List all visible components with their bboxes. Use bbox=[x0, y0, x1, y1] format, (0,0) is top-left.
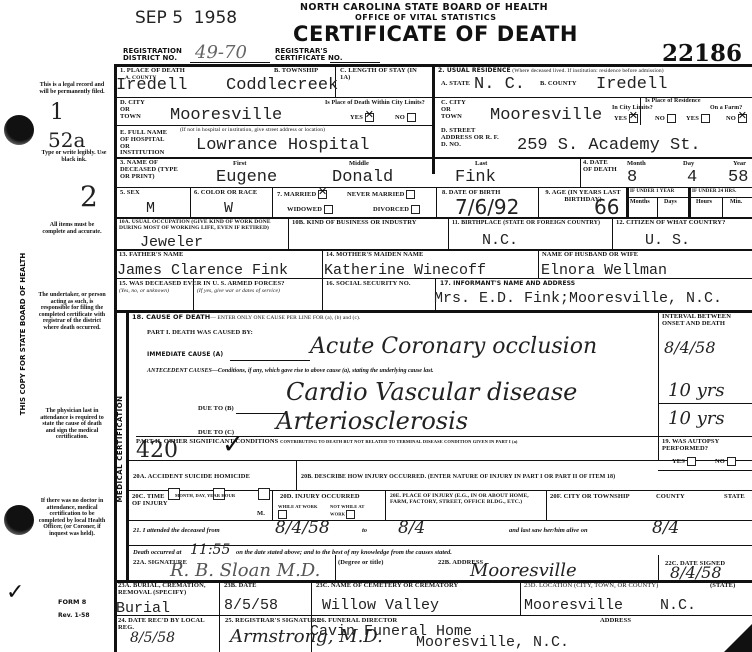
attended-to-value: 8/4 bbox=[398, 518, 425, 538]
mother-name-label: 14. MOTHER'S MAIDEN NAME bbox=[326, 252, 423, 259]
immediate-cause-value: Acute Coronary occlusion bbox=[310, 334, 597, 359]
place-of-residence-label: Is Place of Residence bbox=[645, 98, 701, 104]
death-month-label: Month bbox=[627, 160, 646, 167]
describe-injury-label: 20b. DESCRIBE HOW INJURY OCCURRED. (Ente… bbox=[301, 474, 615, 480]
death-month-value: 8 bbox=[627, 168, 637, 187]
death-township-label: b. TOWNSHIP bbox=[274, 68, 318, 75]
armed-forces-sub2: (If yes, give war or dates of service) bbox=[197, 289, 280, 295]
scan-corner-shadow bbox=[724, 624, 752, 652]
informant-value: Mrs. E.D. Fink;Mooresville, N.C. bbox=[434, 290, 722, 307]
no-label: NO bbox=[395, 114, 405, 121]
death-year-label: Year bbox=[733, 160, 746, 167]
physician-address-value: Mooresville bbox=[470, 560, 577, 581]
punch-hole-bottom bbox=[4, 505, 34, 535]
autopsy-yes-checkbox[interactable] bbox=[687, 457, 696, 466]
attended-from-value: 8/4/58 bbox=[275, 518, 330, 538]
interval-label: INTERVAL BETWEEN ONSET AND DEATH bbox=[662, 314, 750, 328]
place-of-injury-label: 20e. PLACE OF INJURY (e.g., in or about … bbox=[390, 494, 542, 506]
form-number: FORM 8 bbox=[58, 598, 86, 606]
interval-b-value: 10 yrs bbox=[668, 380, 725, 401]
hospital-value: Lowrance Hospital bbox=[196, 136, 369, 155]
attended-to-label: to bbox=[362, 527, 367, 534]
residence-city-label: c. CITY OR TOWN bbox=[441, 100, 471, 120]
part2-code-value: 420 bbox=[136, 438, 178, 463]
middle-name-label: Middle bbox=[349, 160, 369, 167]
while-at-work-label: WHILE AT WORK bbox=[278, 504, 318, 509]
sex-label: 5. SEX bbox=[120, 190, 140, 197]
res-limits-yes-checkbox[interactable] bbox=[629, 114, 638, 123]
time-of-injury-sub: MONTH, DAY, YEAR HOUR bbox=[175, 494, 235, 499]
part1-label: PART I. DEATH WAS CAUSED BY: bbox=[147, 330, 253, 337]
margin-handwriting-2: 52a bbox=[48, 128, 85, 152]
birthplace-value: N.C. bbox=[482, 232, 518, 249]
residence-state-value: N. C. bbox=[474, 75, 525, 94]
color-race-value: W bbox=[224, 200, 233, 217]
autopsy-no-checkbox[interactable] bbox=[727, 457, 736, 466]
physician-signature-value: R. B. Sloan M.D. bbox=[170, 560, 320, 581]
no-label: NO bbox=[715, 458, 725, 465]
margin-handwriting-1: 1 bbox=[50, 100, 64, 125]
citizen-value: U. S. bbox=[645, 232, 690, 249]
residence-county-value: Iredell bbox=[596, 75, 667, 94]
disposition-label: 23a. BURIAL, CREMATION, REMOVAL (Specify… bbox=[118, 583, 218, 597]
office-name: OFFICE OF VITAL STATISTICS bbox=[355, 13, 497, 22]
due-to-c-value: Arteriosclerosis bbox=[276, 407, 468, 435]
death-year-value: 58 bbox=[728, 168, 748, 187]
last-name-label: Last bbox=[475, 160, 487, 167]
homicide-checkbox[interactable] bbox=[258, 488, 270, 500]
death-county-value: Iredell bbox=[116, 76, 187, 95]
ssn-label: 16. SOCIAL SECURITY NO. bbox=[326, 281, 411, 288]
occupation-label: 10a. USUAL OCCUPATION (Give kind of work… bbox=[119, 220, 287, 232]
death-limits-yes-checkbox[interactable] bbox=[365, 113, 374, 122]
days-label: Days bbox=[664, 199, 677, 205]
hospital-note: (If not in hospital or institution, give… bbox=[180, 128, 325, 134]
legal-record-note: This is a legal record and will be perma… bbox=[38, 82, 106, 95]
street-address-label: d. STREET ADDRESS or R. F. D. NO. bbox=[441, 128, 501, 148]
mother-name-value: Katherine Winecoff bbox=[324, 262, 486, 279]
injury-county-label: COUNTY bbox=[656, 494, 685, 501]
form-revision: Rev. 1-58 bbox=[58, 612, 90, 619]
residence-city-value: Mooresville bbox=[490, 106, 602, 125]
immediate-cause-label: IMMEDIATE CAUSE (a) bbox=[147, 352, 223, 358]
death-limits-no: NO bbox=[395, 113, 416, 122]
location-value: Mooresville bbox=[524, 597, 623, 614]
dob-value: 7/6/92 bbox=[455, 195, 519, 219]
married-checkbox[interactable] bbox=[318, 190, 327, 199]
time-m-label: M. bbox=[257, 511, 265, 518]
death-limits-no-checkbox[interactable] bbox=[407, 113, 416, 122]
usual-residence-title: 2. USUAL RESIDENCE bbox=[438, 67, 511, 74]
farm-yes-checkbox[interactable] bbox=[701, 114, 710, 123]
location-state-label: (State) bbox=[710, 583, 735, 590]
date-received-value: 8/5/58 bbox=[130, 630, 175, 646]
death-day-value: 4 bbox=[687, 168, 697, 187]
street-address-value: 259 S. Academy St. bbox=[517, 136, 701, 155]
interval-a-value: 8/4/58 bbox=[664, 338, 716, 357]
time-of-injury-label: 20c. TIME OF INJURY bbox=[132, 494, 172, 508]
under-24-hrs-label: IF UNDER 24 HRS. bbox=[692, 189, 736, 194]
check-mark-icon: ✓ bbox=[6, 580, 24, 605]
widowed-checkbox[interactable] bbox=[324, 205, 333, 214]
under-1-year-label: IF UNDER 1 YEAR bbox=[630, 189, 674, 194]
armed-forces-label: 15. WAS DECEASED EVER IN U. S. ARMED FOR… bbox=[119, 281, 324, 288]
medical-certification-label: MEDICAL CERTIFICATION bbox=[116, 379, 124, 519]
autopsy-yes: YES bbox=[672, 457, 696, 466]
res-limits-yes: YES bbox=[614, 114, 638, 123]
farm-no: NO bbox=[726, 114, 747, 123]
yes-label: YES bbox=[672, 458, 685, 465]
location-label: 23d. LOCATION (City, town, or county) bbox=[524, 583, 658, 590]
vertical-copy-note: THIS COPY FOR STATE BOARD OF HEALTH bbox=[19, 249, 27, 419]
disposition-value: Burial bbox=[116, 600, 170, 617]
first-name-label: First bbox=[233, 160, 246, 167]
autopsy-no: NO bbox=[715, 457, 736, 466]
death-limits-yes: YES bbox=[350, 113, 374, 122]
date-of-death-label: 4. DATE OF DEATH bbox=[583, 160, 617, 174]
death-day-label: Day bbox=[683, 160, 694, 167]
yes-label: YES bbox=[614, 115, 627, 122]
res-limits-no: NO bbox=[655, 114, 676, 123]
married-label: 7. MARRIED bbox=[277, 191, 316, 198]
injury-occurred-label: 20d. INJURY OCCURRED bbox=[280, 494, 360, 501]
physician-note: The physician last in attendance is requ… bbox=[38, 408, 106, 441]
degree-label: (Degree or title) bbox=[338, 560, 384, 567]
spouse-name-label: NAME OF HUSBAND OR WIFE bbox=[542, 252, 638, 259]
interval-c-value: 10 yrs bbox=[668, 408, 725, 429]
due-to-b-value: Cardio Vascular disease bbox=[286, 378, 577, 406]
divorced-checkbox[interactable] bbox=[411, 205, 420, 214]
usual-residence-label: 2. USUAL RESIDENCE (Where deceased lived… bbox=[438, 68, 750, 75]
part2-label: PART II. OTHER SIGNIFICANT CONDITIONS CO… bbox=[136, 439, 518, 446]
location-state-value: N.C. bbox=[660, 597, 696, 614]
death-city-label: d. CITY OR TOWN bbox=[120, 100, 150, 120]
cause-of-death-title: 18. CAUSE OF DEATH bbox=[132, 313, 210, 321]
not-at-work-checkbox[interactable] bbox=[346, 510, 355, 519]
minutes-label: Min. bbox=[730, 199, 742, 205]
type-legibly-note: Type or write legibly. Use black ink. bbox=[40, 150, 108, 163]
cause-of-death-label: 18. CAUSE OF DEATH— ENTER ONLY ONE CAUSE… bbox=[132, 314, 360, 322]
occupation-value: Jeweler bbox=[140, 234, 203, 251]
business-label: 10b. KIND OF BUSINESS OR INDUSTRY bbox=[292, 220, 417, 227]
father-name-label: 13. FATHER'S NAME bbox=[119, 252, 183, 259]
death-time-value: 11:55 bbox=[190, 542, 230, 558]
res-limits-no-checkbox[interactable] bbox=[667, 114, 676, 123]
place-of-death-label: 1. PLACE OF DEATH bbox=[120, 68, 185, 75]
punch-hole-top bbox=[4, 115, 34, 145]
residence-county-label: b. COUNTY bbox=[540, 81, 577, 88]
death-city-value: Mooresville bbox=[170, 106, 282, 125]
never-married-label: NEVER MARRIED bbox=[347, 191, 404, 198]
birthplace-label: 11. BIRTHPLACE (State or foreign country… bbox=[452, 220, 600, 226]
usual-residence-note: (Where deceased lived. If institution: r… bbox=[512, 68, 663, 74]
farm-yes: YES bbox=[686, 114, 710, 123]
yes-label: YES bbox=[350, 114, 363, 121]
complete-accurate-note: All items must be complete and accurate. bbox=[38, 222, 106, 235]
funeral-address-label: ADDRESS bbox=[600, 618, 631, 625]
part2-check-icon: ✓ bbox=[222, 430, 244, 460]
part2-note: CONTRIBUTING TO DEATH BUT NOT RELATED TO… bbox=[280, 439, 517, 444]
no-doctor-note: If there was no doctor in attendance, me… bbox=[38, 498, 106, 538]
registrar-certificate-label: REGISTRAR'S CERTIFICATE NO. bbox=[275, 48, 365, 63]
middle-name-value: Donald bbox=[332, 168, 393, 187]
father-name-value: James Clarence Fink bbox=[117, 262, 288, 279]
farm-no-checkbox[interactable] bbox=[738, 114, 747, 123]
burial-date-label: 23b. DATE bbox=[224, 583, 257, 590]
registration-district-value: 49-70 bbox=[195, 42, 247, 63]
cemetery-label: 23c. NAME OF CEMETERY OR CREMATORY bbox=[316, 583, 458, 590]
registrar-signature-label: 25. REGISTRAR'S SIGNATURE bbox=[225, 618, 321, 625]
accident-suicide-homicide-label: 20a. ACCIDENT SUICIDE HOMICIDE bbox=[133, 474, 250, 481]
length-of-stay-label: c. LENGTH OF STAY (in 1a) bbox=[340, 68, 425, 82]
last-name-value: Fink bbox=[455, 168, 496, 187]
sex-value: M bbox=[146, 200, 155, 217]
attended-label: 21. I attended the deceased from bbox=[133, 527, 220, 534]
never-married-option: NEVER MARRIED bbox=[347, 190, 415, 199]
widowed-option: WIDOWED bbox=[287, 205, 333, 214]
margin-handwriting-3: 2 bbox=[80, 180, 98, 213]
color-race-label: 6. COLOR OR RACE bbox=[194, 190, 257, 197]
certificate-number: 22186 bbox=[662, 40, 742, 67]
months-label: Months bbox=[630, 199, 650, 205]
injury-state-label: STATE bbox=[724, 494, 745, 501]
armed-forces-sub1: (Yes, no, or unknown) bbox=[119, 289, 169, 295]
no-label: NO bbox=[655, 115, 665, 122]
death-township-value: Coddlecreek bbox=[226, 76, 338, 95]
cemetery-value: Willow Valley bbox=[322, 597, 439, 614]
death-occurred-tail: on the date stated above; and to the bes… bbox=[236, 549, 452, 556]
autopsy-label: 19. WAS AUTOPSY PERFORMED? bbox=[662, 439, 742, 453]
death-occurred-label: Death occurred at bbox=[133, 549, 181, 556]
informant-label: 17. INFORMANT'S NAME AND ADDRESS bbox=[440, 281, 575, 287]
date-signed-value: 8/4/58 bbox=[670, 563, 722, 582]
divorced-label: DIVORCED bbox=[373, 206, 409, 213]
stamp-date: SEP 5 1958 bbox=[135, 8, 237, 28]
page-title: CERTIFICATE OF DEATH bbox=[293, 22, 578, 46]
within-city-limits-label: Is Place of Death Within City Limits? bbox=[325, 100, 435, 106]
residence-state-label: a. STATE bbox=[441, 81, 470, 88]
no-label: NO bbox=[726, 115, 736, 122]
married-option: 7. MARRIED bbox=[277, 190, 327, 199]
deceased-name-label: 3. NAME OF DECEASED (Type or Print) bbox=[120, 160, 185, 180]
first-name-value: Eugene bbox=[216, 168, 277, 187]
burial-date-value: 8/5/58 bbox=[224, 597, 278, 614]
hours-label: Hours bbox=[696, 199, 712, 205]
not-at-work-option: NOT WHILE AT WORK bbox=[330, 505, 380, 519]
city-township-label: 20f. CITY OR TOWNSHIP bbox=[550, 494, 630, 501]
antecedent-causes-label: ANTECEDENT CAUSES—Conditions, if any, wh… bbox=[147, 368, 434, 374]
hospital-label: e. FULL NAME OF HOSPITAL OR INSTITUTION bbox=[120, 130, 172, 157]
cause-of-death-instructions: — ENTER ONLY ONE CAUSE PER LINE FOR (a),… bbox=[210, 315, 360, 321]
last-saw-label: and last saw her/him alive on bbox=[509, 527, 588, 534]
agency-name: NORTH CAROLINA STATE BOARD OF HEALTH bbox=[300, 2, 548, 13]
due-to-b-label: DUE TO (b) bbox=[198, 406, 234, 413]
yes-label: YES bbox=[686, 115, 699, 122]
while-at-work-option: WHILE AT WORK bbox=[278, 505, 318, 519]
citizen-label: 12. CITIZEN OF WHAT COUNTRY? bbox=[616, 220, 725, 227]
last-saw-value: 8/4 bbox=[652, 518, 679, 538]
age-value: 66 bbox=[594, 195, 619, 219]
funeral-address-value: Mooresville, N.C. bbox=[416, 634, 569, 651]
undertaker-note: The undertaker, or person acting as such… bbox=[38, 292, 106, 332]
spouse-name-value: Elnora Wellman bbox=[541, 262, 667, 279]
never-married-checkbox[interactable] bbox=[406, 190, 415, 199]
divorced-option: DIVORCED bbox=[373, 205, 420, 214]
widowed-label: WIDOWED bbox=[287, 206, 322, 213]
registration-district-label: REGISTRATION DISTRICT NO. bbox=[123, 48, 203, 63]
